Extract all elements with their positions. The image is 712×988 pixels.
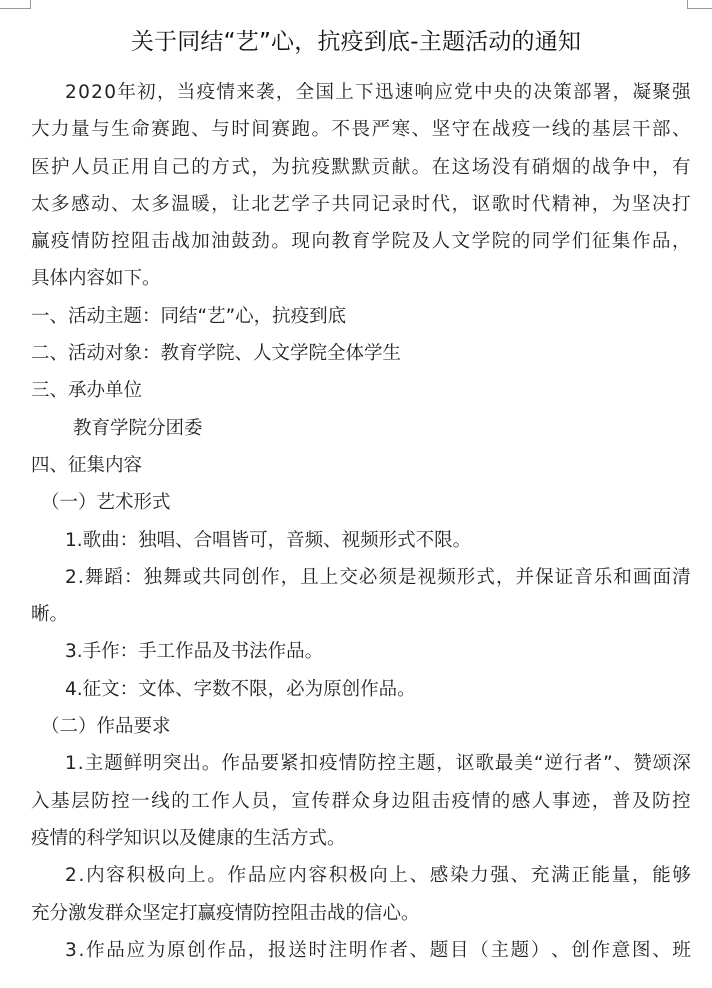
paragraph-line: 1.主题鲜明突出。作品要紧扣疫情防控主题，讴歌最美“逆行者”、赞颂深 (31, 745, 691, 782)
page-corner-mark-left (0, 0, 31, 9)
paragraph-line: 赢疫情防控阻击战加油鼓劲。现向教育学院及人文学院的同学们征集作品， (31, 223, 691, 260)
paragraph-line: 2020年初，当疫情来袭，全国上下迅速响应党中央的决策部署，凝聚强 (31, 74, 691, 111)
paragraph-line: 疫情的科学知识以及健康的生活方式。 (31, 820, 691, 857)
document-body: 2020年初，当疫情来袭，全国上下迅速响应党中央的决策部署，凝聚强大力量与生命赛… (31, 74, 691, 969)
paragraph-line: （二）作品要求 (31, 708, 691, 745)
paragraph-line: （一）艺术形式 (31, 484, 691, 521)
paragraph-line: 大力量与生命赛跑、与时间赛跑。不畏严寒、坚守在战疫一线的基层干部、 (31, 111, 691, 148)
paragraph-line: 3.作品应为原创作品，报送时注明作者、题目（主题）、创作意图、班 (31, 932, 691, 969)
paragraph-line: 一、活动主题：同结“艺”心，抗疫到底 (31, 298, 691, 335)
paragraph-line: 入基层防控一线的工作人员，宣传群众身边阻击疫情的感人事迹，普及防控 (31, 783, 691, 820)
paragraph-line: 1.歌曲：独唱、合唱皆可，音频、视频形式不限。 (31, 522, 691, 559)
paragraph-line: 二、活动对象：教育学院、人文学院全体学生 (31, 335, 691, 372)
document-title: 关于同结“艺”心，抗疫到底-主题活动的通知 (0, 24, 712, 60)
paragraph-line: 医护人员正用自己的方式，为抗疫默默贡献。在这场没有硝烟的战争中，有 (31, 149, 691, 186)
paragraph-line: 教育学院分团委 (31, 410, 691, 447)
paragraph-line: 具体内容如下。 (31, 260, 691, 297)
paragraph-line: 2.舞蹈：独舞或共同创作，且上交必须是视频形式，并保证音乐和画面清 (31, 559, 691, 596)
paragraph-line: 2.内容积极向上。作品应内容积极向上、感染力强、充满正能量，能够 (31, 857, 691, 894)
paragraph-line: 3.手作：手工作品及书法作品。 (31, 633, 691, 670)
paragraph-line: 三、承办单位 (31, 372, 691, 409)
paragraph-line: 四、征集内容 (31, 447, 691, 484)
paragraph-line: 充分激发群众坚定打赢疫情防控阻击战的信心。 (31, 895, 691, 932)
paragraph-line: 4.征文：文体、字数不限，必为原创作品。 (31, 671, 691, 708)
paragraph-line: 太多感动、太多温暖，让北艺学子共同记录时代，讴歌时代精神，为坚决打 (31, 186, 691, 223)
page-corner-mark-right (687, 0, 712, 9)
paragraph-line: 晰。 (31, 596, 691, 633)
